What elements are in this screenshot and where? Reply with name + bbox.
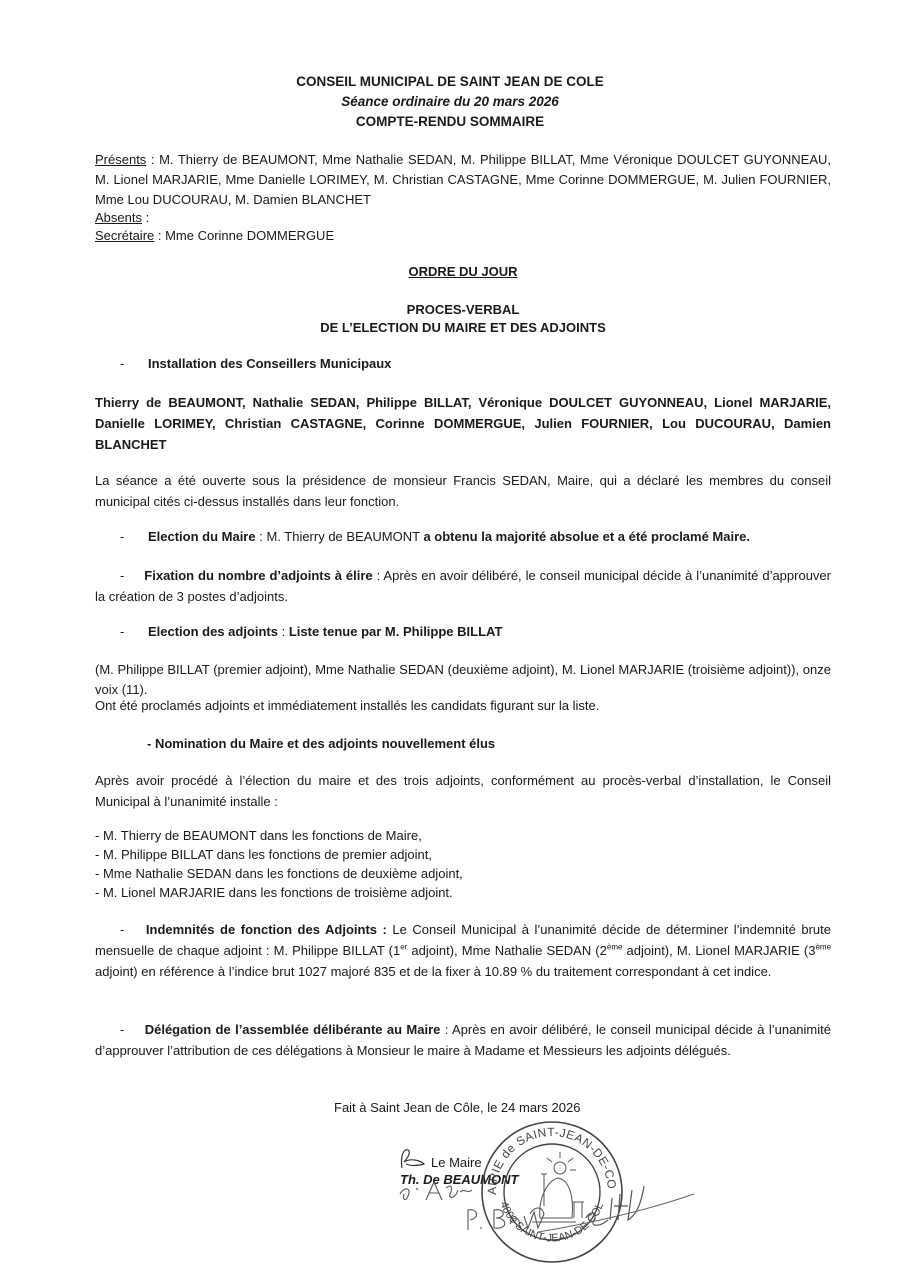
list-item: - M. Lionel MARJARIE dans les fonctions … xyxy=(95,883,831,902)
initials-scribble-icon xyxy=(398,1146,428,1172)
list-item: - Mme Nathalie SEDAN dans les fonctions … xyxy=(95,864,831,883)
opening-paragraph: La séance a été ouverte sous la présiden… xyxy=(95,470,831,512)
document-header: CONSEIL MUNICIPAL DE SAINT JEAN DE COLE … xyxy=(0,72,900,132)
document-type: COMPTE-RENDU SOMMAIRE xyxy=(0,112,900,132)
section-delegation: - Délégation de l’assemblée délibérante … xyxy=(95,1019,831,1061)
absents-line: Absents : xyxy=(95,208,831,228)
pv-heading-line1: PROCES-VERBAL xyxy=(95,300,831,320)
council-title: CONSEIL MUNICIPAL DE SAINT JEAN DE COLE xyxy=(0,72,900,92)
election-maire-title: Election du Maire xyxy=(148,529,256,544)
session-subtitle: Séance ordinaire du 20 mars 2026 xyxy=(0,92,900,112)
secretaire-line: Secrétaire : Mme Corinne DOMMERGUE xyxy=(95,226,831,246)
nomination-title: - Nomination du Maire et des adjoints no… xyxy=(147,734,747,754)
presents-label: Présents xyxy=(95,152,146,167)
section-indemnites: - Indemnités de fonction des Adjoints : … xyxy=(95,919,831,982)
section-fixation: - Fixation du nombre d’adjoints à élire … xyxy=(95,565,831,607)
agenda-heading: ORDRE DU JOUR xyxy=(95,262,831,282)
section-election-adjoints: - Election des adjoints : Liste tenue pa… xyxy=(120,622,502,642)
nomination-list: - M. Thierry de BEAUMONT dans les foncti… xyxy=(95,826,831,902)
presents-list: M. Thierry de BEAUMONT, Mme Nathalie SED… xyxy=(95,152,831,207)
pv-heading-line2: DE L’ELECTION DU MAIRE ET DES ADJOINTS xyxy=(95,318,831,338)
secretaire-label: Secrétaire xyxy=(95,228,154,243)
nomination-intro: Après avoir procédé à l’élection du mair… xyxy=(95,770,831,812)
adjoints-result: (M. Philippe BILLAT (premier adjoint), M… xyxy=(95,660,831,700)
presents-paragraph: Présents : M. Thierry de BEAUMONT, Mme N… xyxy=(95,150,831,210)
handwritten-signatures-icon xyxy=(398,1180,698,1272)
election-adjoints-title: Election des adjoints xyxy=(148,624,278,639)
fixation-title: Fixation du nombre d’adjoints à élire xyxy=(144,568,372,583)
adjoints-proclaimed: Ont été proclamés adjoints et immédiatem… xyxy=(95,696,831,716)
section-installation: - Installation des Conseillers Municipau… xyxy=(120,354,391,374)
installed-members: Thierry de BEAUMONT, Nathalie SEDAN, Phi… xyxy=(95,392,831,455)
list-item: - M. Philippe BILLAT dans les fonctions … xyxy=(95,845,831,864)
document-page: CONSEIL MUNICIPAL DE SAINT JEAN DE COLE … xyxy=(0,0,900,1272)
indemnites-title: Indemnités de fonction des Adjoints : xyxy=(146,922,387,937)
place-and-date: Fait à Saint Jean de Côle, le 24 mars 20… xyxy=(334,1098,580,1118)
list-item: - M. Thierry de BEAUMONT dans les foncti… xyxy=(95,826,831,845)
delegation-title: Délégation de l’assemblée délibérante au… xyxy=(145,1022,441,1037)
absents-label: Absents xyxy=(95,210,142,225)
secretaire-name: Mme Corinne DOMMERGUE xyxy=(165,228,334,243)
section-election-maire: - Election du Maire : M. Thierry de BEAU… xyxy=(120,527,750,547)
installation-title: Installation des Conseillers Municipaux xyxy=(148,356,391,371)
